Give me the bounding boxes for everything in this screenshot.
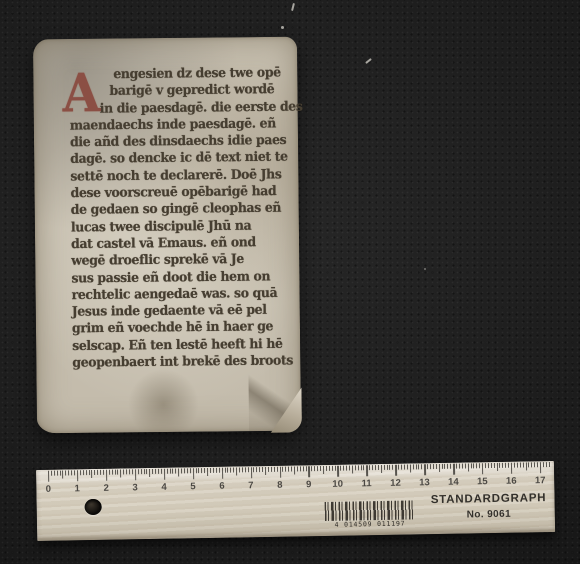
ruler-tick [375, 465, 376, 470]
ruler-tick [410, 464, 411, 472]
ruler-tick [508, 463, 509, 468]
ruler-tick [306, 466, 307, 471]
ruler-tick [117, 470, 118, 475]
ruler-tick [184, 468, 185, 473]
ruler-tick [161, 469, 162, 474]
ruler-tick [181, 468, 182, 473]
ruler-tick [279, 467, 281, 478]
ruler-tick [172, 469, 173, 474]
ruler-tick [398, 465, 399, 470]
ruler-tick [164, 469, 166, 480]
ruler-tick [138, 469, 139, 474]
ruler-tick [201, 468, 202, 473]
ruler-tick [381, 465, 382, 473]
manuscript-line: geopenbaert int brekē des broots [72, 352, 298, 371]
ruler-tick [450, 464, 451, 469]
ruler-tick [491, 463, 492, 468]
ruler-tick [291, 467, 292, 472]
barcode-digits: 4 014509 011197 [321, 519, 419, 529]
ruler-tick [488, 463, 489, 468]
ruler-tick [198, 468, 199, 473]
ruler-tick [346, 466, 347, 471]
ruler-tick [86, 470, 87, 475]
ruler-tick [340, 466, 341, 471]
ruler-tick [112, 470, 113, 475]
ruler-tick [389, 465, 390, 470]
ruler-number: 15 [471, 476, 493, 487]
ruler-tick [418, 464, 419, 469]
ruler-tick [94, 470, 95, 475]
ruler-tick [476, 463, 477, 468]
ruler-tick [71, 470, 72, 475]
ruler-tick [337, 466, 339, 477]
ruler-tick [436, 464, 437, 469]
ruler-tick [517, 463, 518, 468]
ruler-tick [149, 469, 150, 477]
ruler-tick [48, 471, 50, 482]
ruler-tick [468, 463, 469, 471]
ruler-tick [523, 462, 524, 467]
ruler-tick [236, 467, 237, 475]
ruler-tick [115, 470, 116, 475]
ruler-tick [442, 464, 443, 469]
ruler-tick [294, 466, 295, 474]
ruler-tick [430, 464, 431, 469]
ruler-tick [378, 465, 379, 470]
ruler-number: 5 [182, 481, 204, 492]
ruler-tick [300, 466, 301, 471]
ruler-tick [109, 470, 110, 475]
ruler-tick [479, 463, 480, 468]
ruler-tick [427, 464, 428, 469]
ruler-tick [288, 467, 289, 472]
ruler-tick [361, 465, 362, 470]
photo-background: A engesien dz dese twe opēbarigē v gepre… [0, 0, 580, 564]
ruler-tick [433, 464, 434, 469]
ruler-tick [219, 468, 220, 473]
ruler-number: 12 [384, 478, 406, 489]
manuscript-page: A engesien dz dese twe opēbarigē v gepre… [33, 37, 301, 434]
ruler-tick [439, 464, 440, 472]
ruler-tick [248, 467, 249, 472]
ruler-tick [77, 470, 79, 481]
ruler-tick [251, 467, 253, 478]
ruler-tick [106, 470, 108, 481]
ruler-tick [187, 468, 188, 473]
ruler-tick [494, 463, 495, 468]
ruler-tick [392, 465, 393, 470]
ruler-tick [349, 466, 350, 471]
ruler-tick [216, 468, 217, 473]
ruler-tick [355, 465, 356, 470]
ruler-number: 17 [529, 475, 551, 486]
ruler-tick [54, 471, 55, 476]
ruler-number: 2 [95, 483, 117, 494]
ruler-tick [123, 469, 124, 474]
ruler-tick [126, 469, 127, 474]
ruler-tick [470, 463, 471, 468]
ruler-tick [120, 470, 121, 478]
ruler-tick [303, 466, 304, 471]
ruler-tick [132, 469, 133, 474]
ruler-tick [543, 462, 544, 467]
ruler-tick [421, 464, 422, 469]
ruler-tick [505, 463, 506, 468]
ruler-tick [170, 469, 171, 474]
ruler-tick [256, 467, 257, 472]
ruler-tick [91, 470, 92, 478]
ruler-tick [158, 469, 159, 474]
manuscript-line: dagē. so dencke ic dē text niet te [70, 149, 296, 168]
ruler-tick [262, 467, 263, 472]
ruler-tick [453, 464, 455, 475]
ruler-tick [80, 470, 81, 475]
manuscript-line: de gedaen so gingē cleophas eñ [71, 199, 297, 218]
ruler-tick [415, 464, 416, 469]
ruler-tick [190, 468, 191, 473]
manuscript-text: engesien dz dese twe opēbarigē v gepredi… [69, 64, 298, 371]
ruler-tick [497, 463, 498, 471]
ruler-tick [175, 469, 176, 474]
ruler-tick [274, 467, 275, 472]
ruler-number: 9 [298, 479, 320, 490]
ruler-tick [97, 470, 98, 475]
ruler-tick [65, 470, 66, 475]
ruler-tick [323, 466, 324, 474]
ruler-tick [520, 463, 521, 468]
ruler-number: 16 [500, 476, 522, 487]
ruler-tick [369, 465, 370, 470]
ruler-model: No. 9061 [423, 508, 555, 521]
ruler-tick [387, 465, 388, 470]
manuscript-line: grim eñ voechde hē in haer ge [72, 318, 298, 337]
ruler-tick [196, 468, 197, 473]
ruler-tick [485, 463, 486, 468]
ruler-tick [155, 469, 156, 474]
ruler-tick [473, 463, 474, 468]
ruler-tick [100, 470, 101, 475]
ruler-tick [144, 469, 145, 474]
ruler-tick [407, 465, 408, 470]
ruler-tick [366, 465, 368, 476]
ruler-tick [384, 465, 385, 470]
ruler-tick [271, 467, 272, 472]
ruler-tick [89, 470, 90, 475]
ruler-tick [222, 468, 224, 479]
ruler-tick [352, 465, 353, 473]
ruler-tick [314, 466, 315, 471]
ruler-tick [308, 466, 310, 477]
ruler-number: 10 [327, 479, 349, 490]
ruler-tick [465, 463, 466, 468]
ruler-tick [444, 464, 445, 469]
ruler-tick [193, 468, 195, 479]
ruler-tick [462, 464, 463, 469]
ruler-tick [549, 462, 550, 467]
ruler-tick [531, 462, 532, 467]
ruler-tick [242, 467, 243, 472]
ruler-tick [178, 469, 179, 477]
dust-speck [291, 3, 295, 11]
ruler-tick [332, 466, 333, 471]
ruler-tick [482, 463, 484, 474]
ruler-number: 11 [356, 478, 378, 489]
ruler-tick [253, 467, 254, 472]
ruler-number: 0 [37, 484, 59, 495]
ruler-tick [204, 468, 205, 473]
ruler-tick [141, 469, 142, 474]
ruler-tick [343, 466, 344, 471]
ruler-tick [334, 466, 335, 471]
ruler-tick [404, 465, 405, 470]
ruler-number: 13 [413, 477, 435, 488]
ruler-tick [459, 464, 460, 469]
ruler-number: 7 [240, 480, 262, 491]
ruler-tick [83, 470, 84, 475]
manuscript-line: barigē v gepredict wordē [69, 81, 295, 100]
ruler-tick [317, 466, 318, 471]
ruler-tick [213, 468, 214, 473]
ruler-brand: STANDARDGRAPH [422, 492, 554, 506]
ruler-tick [358, 465, 359, 470]
ruler-tick [363, 465, 364, 470]
ruler-tick [424, 464, 426, 475]
ruler-tick [230, 468, 231, 473]
ruler-tick [277, 467, 278, 472]
ruler-tick [239, 467, 240, 472]
ruler-tick [329, 466, 330, 471]
ruler-tick [537, 462, 538, 467]
ruler-tick [74, 470, 75, 475]
ruler-tick [447, 464, 448, 469]
ruler-tick [320, 466, 321, 471]
ruler-tick [207, 468, 208, 476]
ruler-tick [227, 468, 228, 473]
ruler-tick [57, 471, 58, 476]
ruler-tick [546, 462, 547, 467]
ruler-tick [225, 468, 226, 473]
ruler-tick [62, 471, 63, 479]
ruler-tick [401, 465, 402, 470]
ruler-tick [210, 468, 211, 473]
ruler-tick [525, 462, 526, 470]
ruler-tick [68, 470, 69, 475]
ruler-tick [135, 469, 137, 480]
ruler-tick [499, 463, 500, 468]
ruler-tick [297, 466, 298, 471]
barcode [325, 500, 415, 521]
ruler-tick [245, 467, 246, 472]
ruler-tick [326, 466, 327, 471]
ruler-number: 1 [66, 483, 88, 494]
ruler-number: 4 [153, 482, 175, 493]
ruler-tick [146, 469, 147, 474]
ruler-tick [233, 468, 234, 473]
manuscript-line: sus passie eñ doot die hem on [71, 267, 297, 286]
ruler-tick [265, 467, 266, 475]
ruler-tick [511, 463, 513, 474]
ruler-number: 14 [442, 477, 464, 488]
ruler-number: 6 [211, 481, 233, 492]
ruler-tick [456, 464, 457, 469]
ruler-tick [540, 462, 542, 473]
ruler-tick [502, 463, 503, 468]
ruler-tick [514, 463, 515, 468]
ruler-tick [167, 469, 168, 474]
ruler-tick [103, 470, 104, 475]
dust-speck [365, 58, 372, 64]
ruler-number: 3 [124, 482, 146, 493]
ruler-number: 8 [269, 480, 291, 491]
ruler-tick [311, 466, 312, 471]
ruler-tick [534, 462, 535, 467]
ruler-scale [36, 461, 554, 470]
ruler-tick [528, 462, 529, 467]
ruler-tick [51, 471, 52, 476]
ruler-tick [60, 471, 61, 476]
ruler-tick [268, 467, 269, 472]
ruler-tick [285, 467, 286, 472]
wooden-ruler: 01234567891011121314151617 4 014509 0111… [36, 461, 555, 541]
ruler-tick [152, 469, 153, 474]
ruler-tick [395, 465, 397, 476]
ruler-tick [259, 467, 260, 472]
ruler-hanging-hole [85, 499, 102, 515]
dust-speck [424, 268, 426, 270]
ruler-tick [129, 469, 130, 474]
ruler-tick [372, 465, 373, 470]
ruler-tick [282, 467, 283, 472]
dust-speck [281, 26, 284, 29]
ruler-tick [413, 464, 414, 469]
